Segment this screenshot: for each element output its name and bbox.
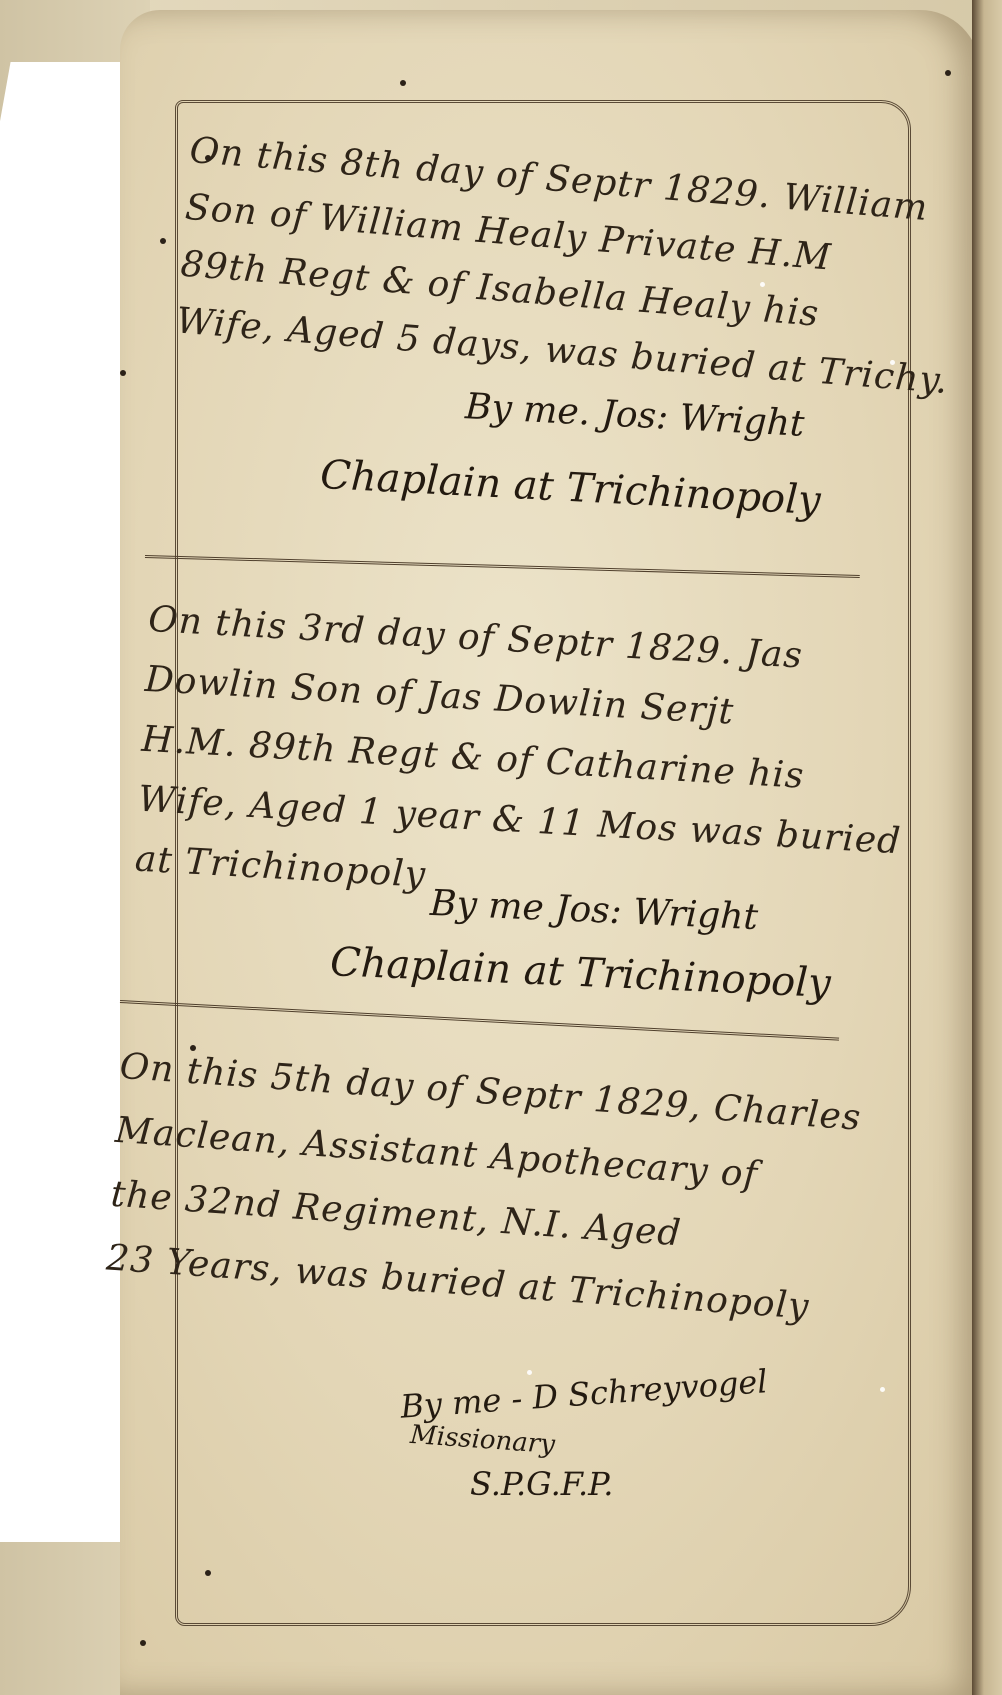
- ink-speck: [205, 155, 211, 161]
- photo-glare: [527, 1370, 532, 1375]
- white-paper-insert: [0, 62, 132, 1542]
- photo-glare: [760, 282, 765, 287]
- ink-speck: [140, 1640, 146, 1646]
- ink-speck: [120, 370, 126, 376]
- ink-speck: [190, 1045, 196, 1051]
- signature-affiliation-3: S.P.G.F.P.: [470, 1465, 613, 1503]
- burial-entry-2: On this 3rd day of Septr 1829. Jas Dowli…: [133, 590, 913, 932]
- book-spine: [972, 0, 1002, 1695]
- photo-glare: [880, 1387, 885, 1392]
- ink-speck: [945, 70, 951, 76]
- burial-entry-3: On this 5th day of Septr 1829, Charles M…: [104, 1035, 863, 1342]
- photo-glare: [890, 360, 895, 365]
- ink-speck: [400, 80, 406, 86]
- ink-speck: [160, 238, 166, 244]
- ink-speck: [205, 1570, 211, 1576]
